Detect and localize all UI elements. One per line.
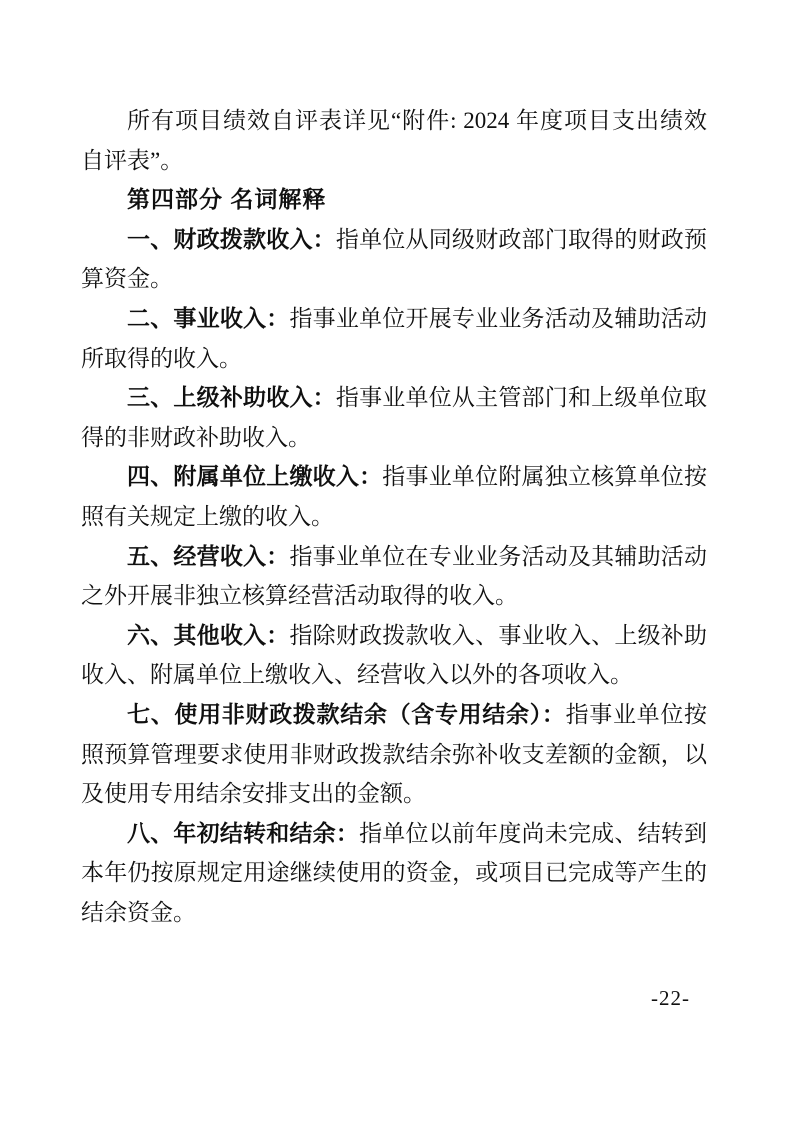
term-title: 七、使用非财政拨款结余（含专用结余）：: [127, 702, 566, 727]
term-paragraph: 一、财政拨款收入：指单位从同级财政部门取得的财政预算资金。: [81, 220, 707, 299]
term-paragraph: 八、年初结转和结余：指单位以前年度尚未完成、结转到本年仍按原规定用途继续使用的资…: [81, 814, 707, 933]
term-title: 三、上级补助收入：: [127, 385, 336, 410]
term-title: 八、年初结转和结余：: [127, 821, 359, 846]
term-title: 四、附属单位上缴收入：: [127, 464, 382, 489]
term-paragraph: 六、其他收入：指除财政拨款收入、事业收入、上级补助收入、附属单位上缴收入、经营收…: [81, 616, 707, 695]
section-heading: 第四部分 名词解释: [81, 180, 707, 220]
term-paragraph: 七、使用非财政拨款结余（含专用结余）：指事业单位按照预算管理要求使用非财政拨款结…: [81, 695, 707, 814]
terms-list: 一、财政拨款收入：指单位从同级财政部门取得的财政预算资金。二、事业收入：指事业单…: [81, 220, 707, 933]
term-title: 二、事业收入：: [127, 306, 289, 331]
document-page: 所有项目绩效自评表详见“附件: 2024 年度项目支出绩效自评表”。 第四部分 …: [0, 0, 793, 1122]
term-paragraph: 五、经营收入：指事业单位在专业业务活动及其辅助活动之外开展非独立核算经营活动取得…: [81, 537, 707, 616]
term-title: 五、经营收入：: [127, 544, 289, 569]
term-paragraph: 四、附属单位上缴收入：指事业单位附属独立核算单位按照有关规定上缴的收入。: [81, 457, 707, 536]
term-title: 一、财政拨款收入：: [127, 227, 336, 252]
intro-paragraph: 所有项目绩效自评表详见“附件: 2024 年度项目支出绩效自评表”。: [81, 101, 707, 180]
term-title: 六、其他收入：: [127, 623, 289, 648]
term-paragraph: 二、事业收入：指事业单位开展专业业务活动及辅助活动所取得的收入。: [81, 299, 707, 378]
document-content: 所有项目绩效自评表详见“附件: 2024 年度项目支出绩效自评表”。 第四部分 …: [81, 101, 707, 932]
page-number: -22-: [651, 986, 690, 1011]
term-paragraph: 三、上级补助收入：指事业单位从主管部门和上级单位取得的非财政补助收入。: [81, 378, 707, 457]
